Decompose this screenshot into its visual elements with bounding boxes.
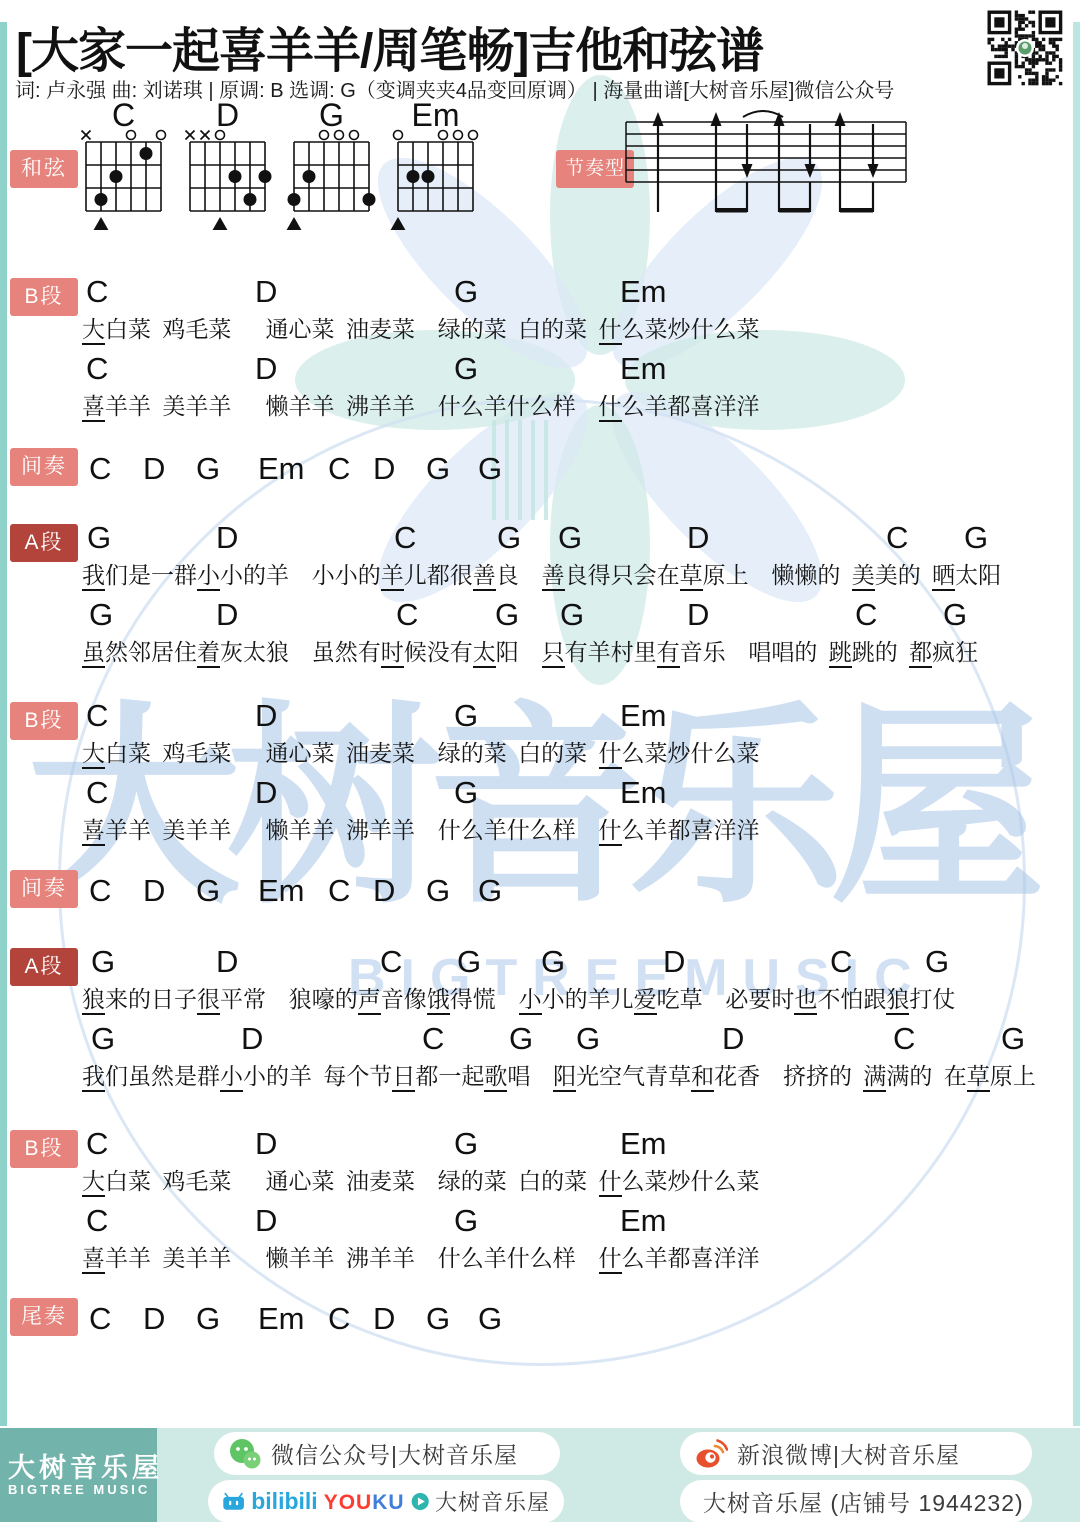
chord-symbol: G [426,453,450,485]
section-badge: B段 [10,278,78,316]
chord-symbol: Em [620,1205,667,1237]
section-badge: 尾奏 [10,1298,78,1336]
wechat-pill: 微信公众号|大树音乐屋 [214,1432,560,1475]
bottom-margin [0,1522,1080,1527]
chord-symbol: G [558,522,582,554]
bilibili-icon [222,1488,245,1516]
chord-symbol: D [143,1303,165,1335]
bilibili-wordmark: bilibili [251,1488,317,1515]
section-间奏-2: 间奏CDGEmCDGG [0,448,1080,484]
chord-symbol: Em [258,875,305,907]
chord-row: CDGEmCDGG [0,875,1080,911]
lyric-line: 喜羊羊 美羊羊 懒羊羊 沸羊羊 什么羊什么样 什么羊都喜洋洋 [82,1241,1072,1282]
chord-row: CDGEm [0,353,1080,389]
lyric-line: 我们虽然是群小小的羊 每个节日都一起歌唱 阳光空气青草和花香 挤挤的 满满的 在… [82,1059,1072,1100]
brand-name: 大树音乐屋 [8,1446,163,1485]
chord-symbol: G [196,875,220,907]
weibo-label: 新浪微博|大树音乐屋 [737,1437,960,1470]
section-B段-1: B段CDGEm大白菜 鸡毛菜 通心菜 油麦菜 绿的菜 白的菜 什么菜炒什么菜CD… [0,276,1080,430]
chord-symbol: C [89,1303,111,1335]
chord-symbol: D [255,700,277,732]
chord-symbol: D [373,1303,395,1335]
section-badge: A段 [10,524,78,562]
lyric-line: 大白菜 鸡毛菜 通心菜 油麦菜 绿的菜 白的菜 什么菜炒什么菜 [82,312,1072,353]
chord-symbol: G [454,700,478,732]
chord-symbol: G [925,946,949,978]
chord-symbol: D [373,453,395,485]
chord-symbol: D [216,522,238,554]
chord-symbol: C [394,522,416,554]
chord-symbol: C [855,599,877,631]
video-label: 大树音乐屋 [435,1486,550,1517]
chord-row: CDGEm [0,1205,1080,1241]
taobao-pill: 淘 大树音乐屋 (店铺号 1944232) [680,1480,1032,1523]
chord-row: CDGEmCDGG [0,453,1080,489]
chord-symbol: Em [620,353,667,385]
chord-symbol: D [255,777,277,809]
lyric-line: 狼来的日子很平常 狼嚎的声音像饿得慌 小小的羊儿爱吃草 必要时也不怕跟狼打仗 [82,982,1072,1023]
chord-symbol: G [426,1303,450,1335]
chord-symbol: C [89,875,111,907]
chord-symbol: G [196,453,220,485]
chord-symbol: Em [258,1303,305,1335]
chord-symbol: G [495,599,519,631]
chord-symbol: Em [620,1128,667,1160]
lyric-line: 我们是一群小小的羊 小小的羊儿都很善良 善良得只会在草原上 懒懒的 美美的 晒太… [82,558,1072,599]
chord-row: CDGEm [0,777,1080,813]
chord-row: CDGEm [0,700,1080,736]
chord-symbol: C [86,700,108,732]
chord-row: GDCGGDCG [0,946,1080,982]
chord-symbol: D [216,599,238,631]
chord-row: GDCGGDCG [0,599,1080,635]
chord-symbol: D [216,946,238,978]
chord-symbol: D [663,946,685,978]
chord-symbol: D [722,1023,744,1055]
section-badge: A段 [10,948,78,986]
chord-symbol: D [687,522,709,554]
chord-symbol: G [454,1205,478,1237]
section-badge: 间奏 [10,870,78,908]
chord-symbol: Em [620,276,667,308]
section-间奏-5: 间奏CDGEmCDGG [0,870,1080,906]
chord-symbol: D [255,276,277,308]
section-A段-6: A段GDCGGDCG狼来的日子很平常 狼嚎的声音像饿得慌 小小的羊儿爱吃草 必要… [0,946,1080,1100]
chord-symbol: G [478,453,502,485]
chord-symbol: Em [258,453,305,485]
lyric-line: 喜羊羊 美羊羊 懒羊羊 沸羊羊 什么羊什么样 什么羊都喜洋洋 [82,389,1072,430]
lyric-line: 大白菜 鸡毛菜 通心菜 油麦菜 绿的菜 白的菜 什么菜炒什么菜 [82,1164,1072,1205]
chord-symbol: D [255,1128,277,1160]
weibo-icon [694,1437,728,1471]
chord-symbol: C [830,946,852,978]
chord-symbol: G [426,875,450,907]
chord-symbol: Em [620,700,667,732]
chord-row: CDGEm [0,1128,1080,1164]
section-尾奏-8: 尾奏CDGEmCDGG [0,1298,1080,1334]
lyric-line: 大白菜 鸡毛菜 通心菜 油麦菜 绿的菜 白的菜 什么菜炒什么菜 [82,736,1072,777]
video-pill: bilibili YOUKU 大树音乐屋 [208,1480,564,1523]
chord-symbol: G [87,522,111,554]
chord-symbol: C [86,777,108,809]
chord-symbol: G [89,599,113,631]
chord-symbol: G [964,522,988,554]
section-B段-4: B段CDGEm大白菜 鸡毛菜 通心菜 油麦菜 绿的菜 白的菜 什么菜炒什么菜CD… [0,700,1080,854]
chord-symbol: G [457,946,481,978]
chord-symbol: G [91,1023,115,1055]
wechat-icon [228,1437,262,1471]
chord-symbol: C [396,599,418,631]
chord-symbol: D [687,599,709,631]
chord-symbol: G [91,946,115,978]
chord-symbol: D [143,453,165,485]
weibo-pill: 新浪微博|大树音乐屋 [680,1432,1032,1475]
chord-row: GDCGGDCG [0,522,1080,558]
chord-symbol: D [373,875,395,907]
chord-symbol: D [255,1205,277,1237]
youku-wordmark: YOUKU [324,1488,405,1515]
chord-symbol: G [454,276,478,308]
chord-symbol: G [454,1128,478,1160]
section-badge: B段 [10,1130,78,1168]
section-badge: B段 [10,702,78,740]
chord-symbol: C [86,1128,108,1160]
chord-row: CDGEm [0,276,1080,312]
chord-sheet-page: 大树音乐屋 BIGTREEMUSIC [大家一起喜羊羊/周笔畅]吉他和弦谱 词:… [0,0,1080,1527]
chord-symbol: C [886,522,908,554]
chord-symbol: G [576,1023,600,1055]
chord-symbol: G [497,522,521,554]
chord-symbol: G [478,875,502,907]
chord-symbol: G [454,353,478,385]
chord-symbol: C [380,946,402,978]
chord-symbol: G [478,1303,502,1335]
chord-symbol: D [255,353,277,385]
chord-symbol: C [328,453,350,485]
brand-name-en: BIGTREE MUSIC [8,1482,150,1497]
brand-block: 大树音乐屋 BIGTREE MUSIC [0,1428,157,1522]
chord-symbol: G [454,777,478,809]
chord-symbol: C [86,276,108,308]
section-A段-3: A段GDCGGDCG我们是一群小小的羊 小小的羊儿都很善良 善良得只会在草原上 … [0,522,1080,676]
chord-symbol: G [196,1303,220,1335]
taobao-label: 大树音乐屋 (店铺号 1944232) [703,1485,1024,1518]
chord-symbol: G [943,599,967,631]
wechat-label: 微信公众号|大树音乐屋 [271,1437,518,1470]
chord-row: CDGEmCDGG [0,1303,1080,1339]
chord-row: GDCGGDCG [0,1023,1080,1059]
chord-symbol: G [541,946,565,978]
chord-symbol: C [893,1023,915,1055]
lyric-line: 喜羊羊 美羊羊 懒羊羊 沸羊羊 什么羊什么样 什么羊都喜洋洋 [82,813,1072,854]
lyric-line: 虽然邻居住着灰太狼 虽然有时候没有太阳 只有羊村里有音乐 唱唱的 跳跳的 都疯狂 [82,635,1072,676]
section-badge: 间奏 [10,448,78,486]
chord-symbol: G [1001,1023,1025,1055]
section-B段-7: B段CDGEm大白菜 鸡毛菜 通心菜 油麦菜 绿的菜 白的菜 什么菜炒什么菜CD… [0,1128,1080,1282]
chord-symbol: C [86,353,108,385]
play-icon [411,1488,429,1515]
chord-symbol: C [328,1303,350,1335]
chord-symbol: G [509,1023,533,1055]
chord-symbol: C [86,1205,108,1237]
chord-symbol: C [89,453,111,485]
chord-symbol: G [560,599,584,631]
chord-symbol: D [241,1023,263,1055]
chord-symbol: Em [620,777,667,809]
chord-symbol: C [328,875,350,907]
chord-symbol: D [143,875,165,907]
song-body: B段CDGEm大白菜 鸡毛菜 通心菜 油麦菜 绿的菜 白的菜 什么菜炒什么菜CD… [0,0,1080,1527]
chord-symbol: C [422,1023,444,1055]
footer: 大树音乐屋 BIGTREE MUSIC 微信公众号|大树音乐屋 新浪微博|大树音… [0,1428,1080,1522]
